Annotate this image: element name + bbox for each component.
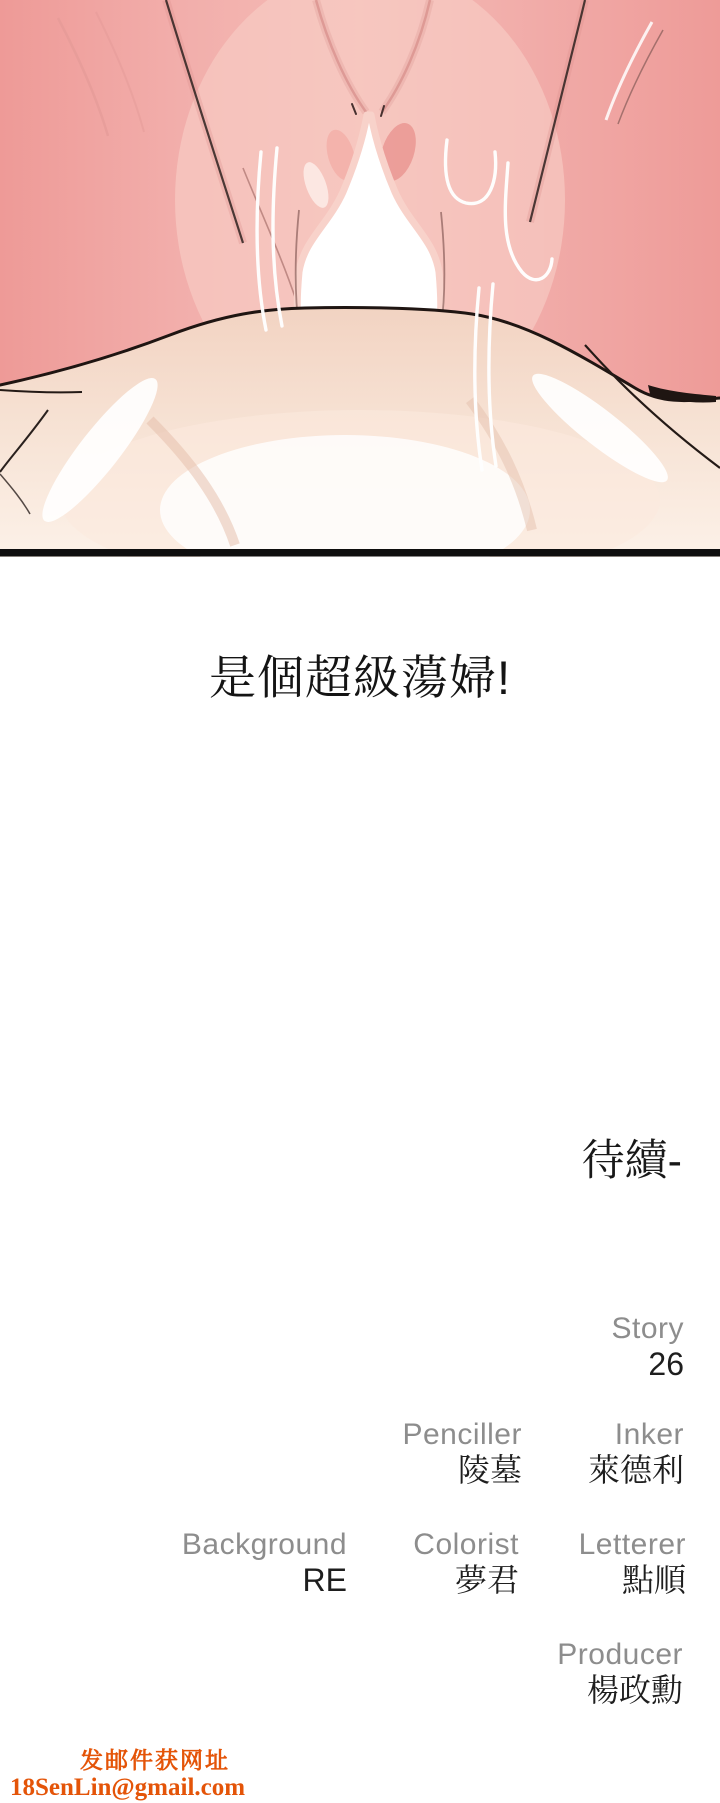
credit-colorist: Colorist 夢君 [413,1528,519,1598]
comic-art-panel [0,0,720,557]
watermark-email: 18SenLin@gmail.com [10,1774,236,1801]
credit-story: Story 26 [611,1312,684,1382]
credit-role: Colorist [413,1528,519,1562]
credit-name: 萊德利 [588,1452,684,1488]
credit-role: Inker [588,1418,684,1452]
watermark: 发邮件获网址 18SenLin@gmail.com [10,1747,236,1801]
credit-name: 夢君 [413,1562,519,1598]
to-be-continued-text: 待續- [582,1136,682,1186]
panel-bottom-border [0,549,720,557]
credit-background: Background RE [182,1528,347,1598]
credit-producer: Producer 楊政勳 [557,1638,683,1708]
credit-role: Penciller [402,1418,522,1452]
credit-role: Letterer [579,1528,686,1562]
comic-page: 是個超級蕩婦! 待續- Story 26 Penciller 陵墓 Inker … [0,0,720,1803]
credit-name: 楊政勳 [557,1672,683,1708]
comic-artwork-illustration [0,0,720,557]
credit-penciller: Penciller 陵墓 [402,1418,522,1488]
watermark-line1: 发邮件获网址 [10,1747,236,1774]
credit-letterer: Letterer 點順 [579,1528,686,1598]
credit-name: RE [182,1562,347,1598]
caption-text: 是個超級蕩婦! [0,650,720,706]
credit-name: 點順 [579,1562,686,1598]
credit-name: 陵墓 [402,1452,522,1488]
credit-inker: Inker 萊德利 [588,1418,684,1488]
credit-role: Producer [557,1638,683,1672]
credit-role: Story [611,1312,684,1346]
credit-name: 26 [611,1346,684,1382]
credit-role: Background [182,1528,347,1562]
